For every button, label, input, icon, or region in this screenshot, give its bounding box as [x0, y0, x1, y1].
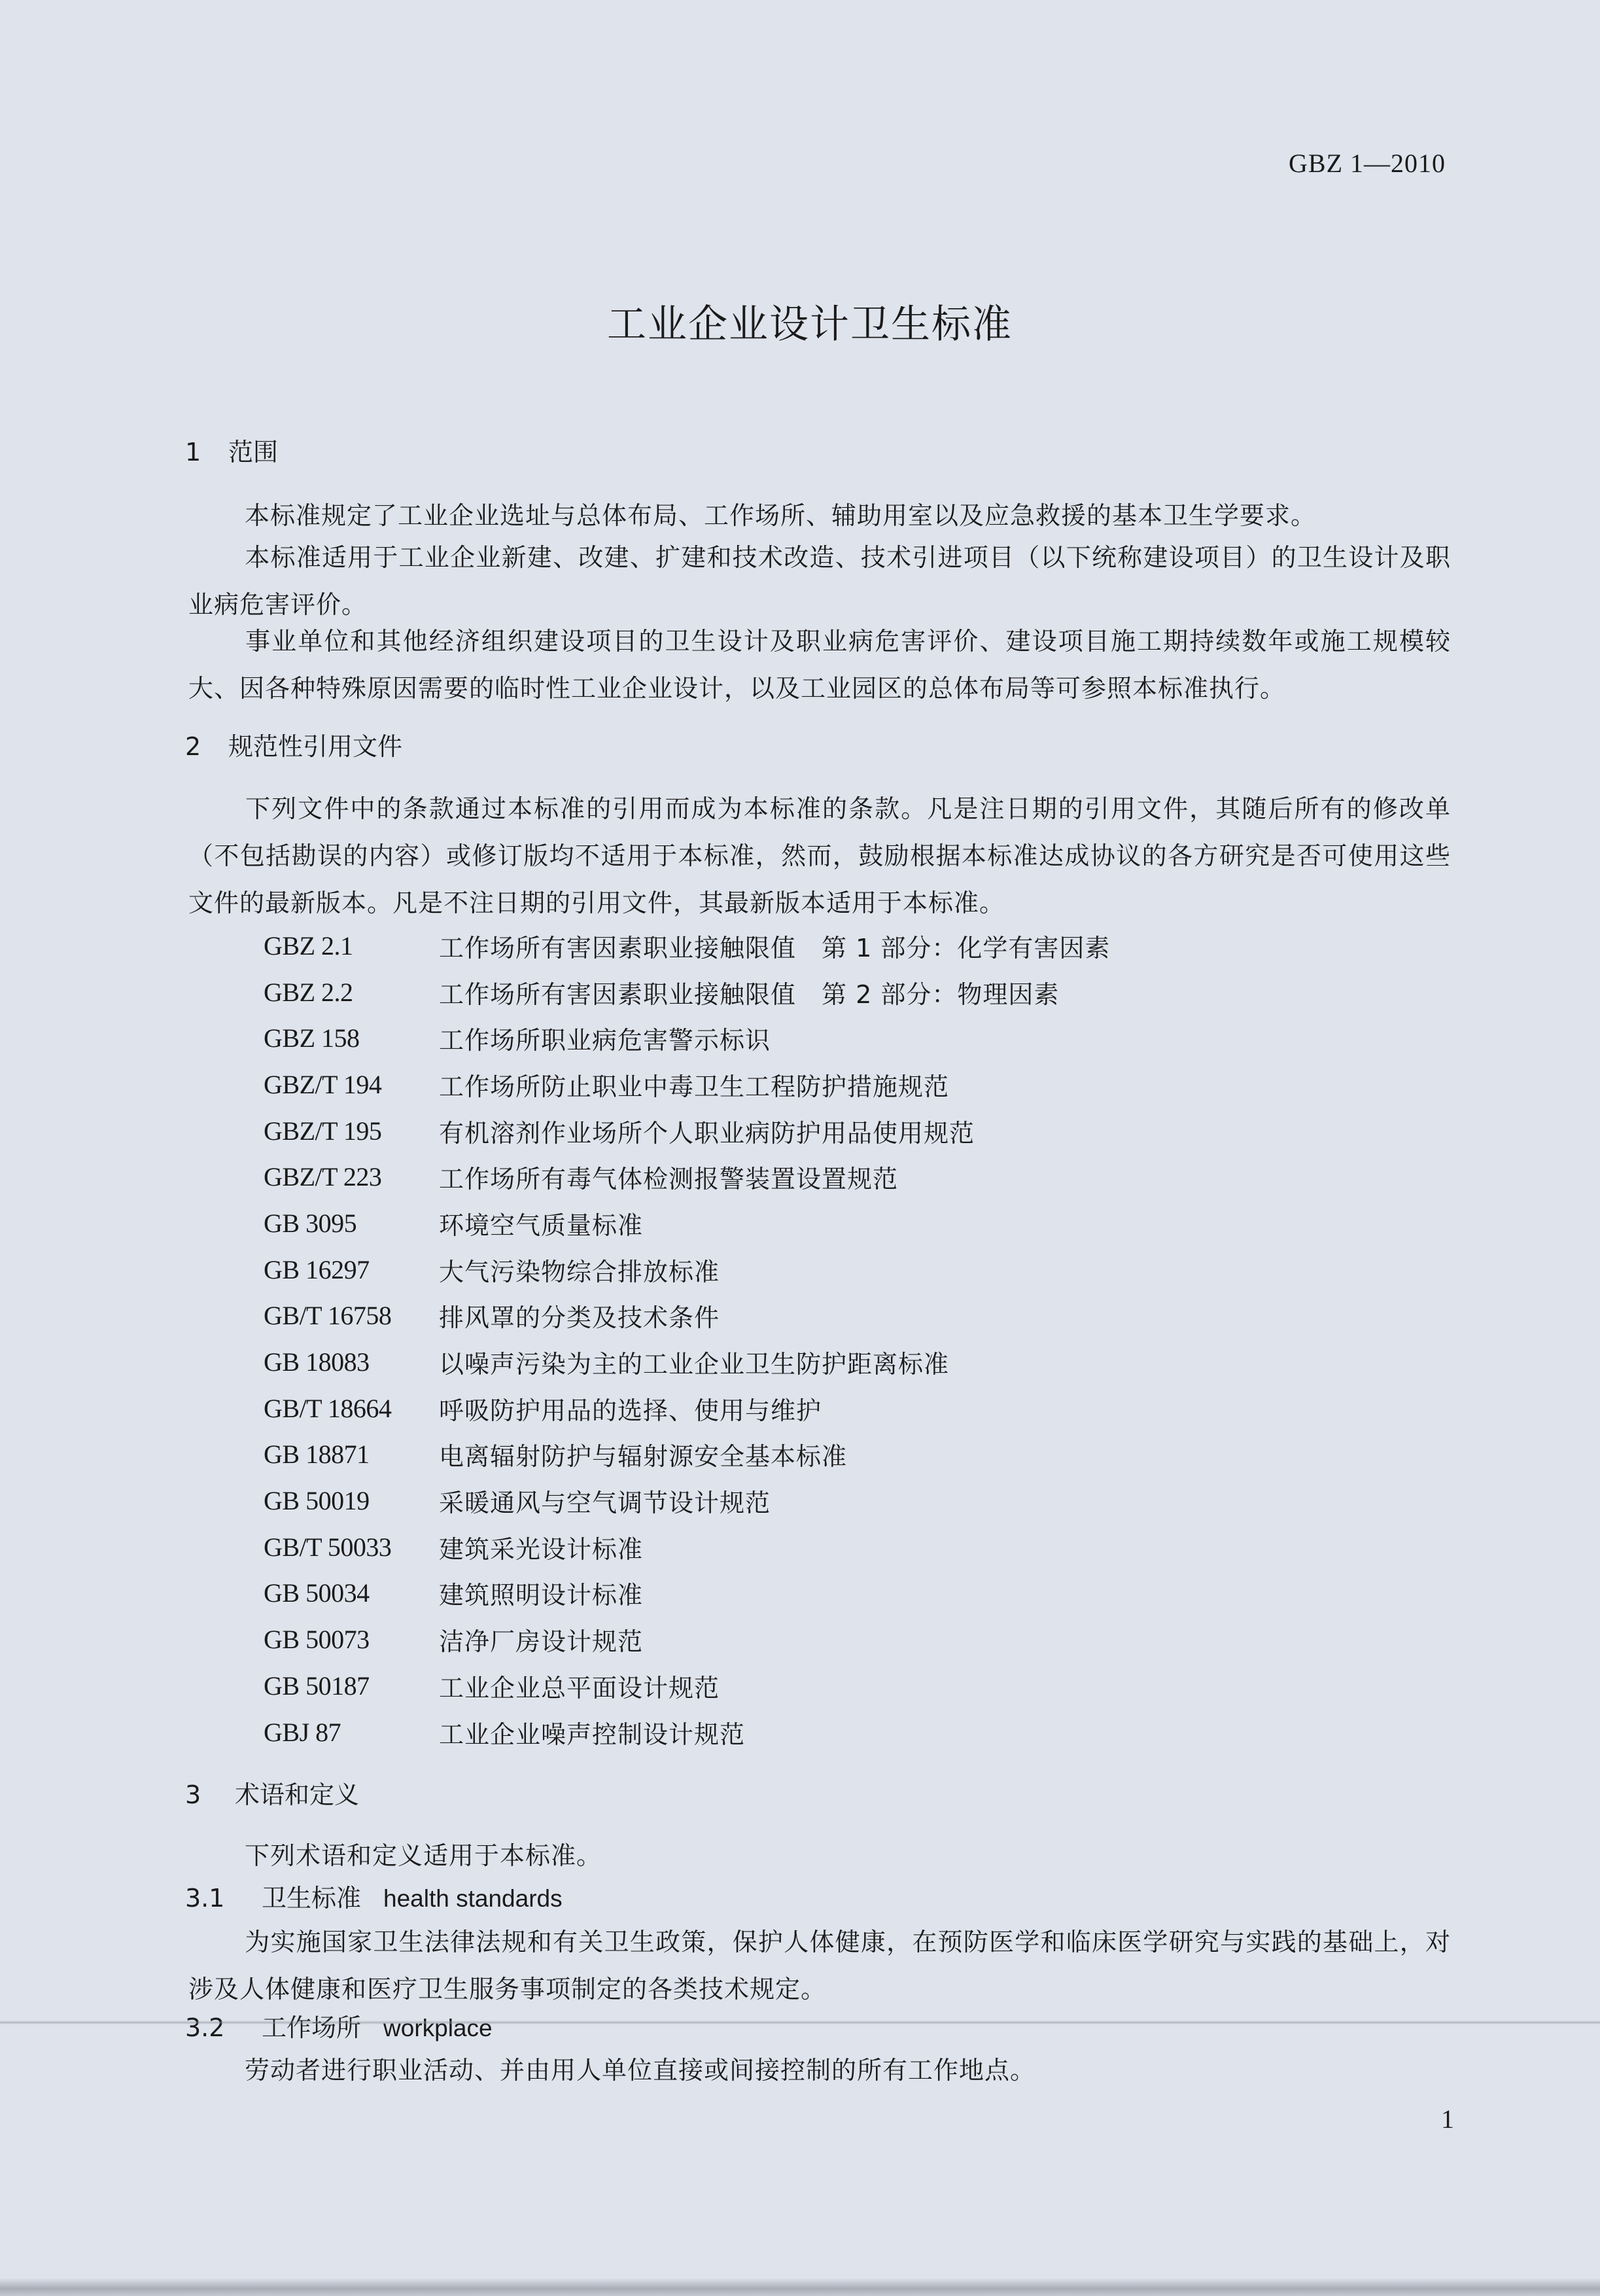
term-number: 3.2	[185, 2013, 262, 2042]
document-page: GBZ 1—2010 工业企业设计卫生标准 1范围 本标准规定了工业企业选址与总…	[0, 0, 1600, 2296]
paragraph: 本标准规定了工业企业选址与总体布局、工作场所、辅助用室以及应急救援的基本卫生学要…	[188, 492, 1451, 539]
reference-item: GBZ 2.1工作场所有害因素职业接触限值 第 1 部分：化学有害因素	[264, 923, 1110, 969]
page-number: 1	[1441, 2104, 1454, 2134]
reference-code: GB/T 50033	[264, 1532, 439, 1563]
reference-item: GB 50034建筑照明设计标准	[264, 1570, 1110, 1617]
reference-title: 建筑照明设计标准	[439, 1575, 643, 1611]
reference-item: GB 16297大气污染物综合排放标准	[264, 1246, 1110, 1293]
reference-title: 建筑采光设计标准	[439, 1529, 643, 1565]
reference-item: GBZ/T 195有机溶剂作业场所个人职业病防护用品使用规范	[264, 1108, 1110, 1154]
section-title: 规范性引用文件	[228, 732, 402, 761]
scan-bottom-edge	[0, 2278, 1600, 2296]
scan-artifact-line	[0, 2021, 1600, 2024]
reference-code: GB 50034	[264, 1578, 439, 1608]
reference-title: 工业企业总平面设计规范	[439, 1668, 720, 1704]
reference-code: GB 50187	[264, 1670, 439, 1701]
reference-title: 工作场所有害因素职业接触限值 第 1 部分：化学有害因素	[439, 928, 1110, 964]
reference-title: 工作场所职业病危害警示标识	[439, 1020, 771, 1056]
reference-item: GB 18083以噪声污染为主的工业企业卫生防护距离标准	[264, 1339, 1110, 1385]
reference-code: GBZ/T 223	[264, 1161, 439, 1192]
term-definition: 劳动者进行职业活动、并由用人单位直接或间接控制的所有工作地点。	[188, 2047, 1451, 2094]
reference-title: 有机溶剂作业场所个人职业病防护用品使用规范	[439, 1113, 975, 1149]
reference-code: GB/T 18664	[264, 1393, 439, 1424]
term-number: 3.1	[185, 1884, 262, 1913]
section-heading-normative-references: 2规范性引用文件	[185, 726, 402, 762]
reference-code: GB 16297	[264, 1254, 439, 1285]
reference-code: GB 50019	[264, 1485, 439, 1516]
reference-code: GBZ/T 195	[264, 1116, 439, 1146]
paragraph: 事业单位和其他经济组织建设项目的卫生设计及职业病危害评价、建设项目施工期持续数年…	[188, 618, 1451, 712]
term-heading: 3.2工作场所workplace	[185, 2007, 493, 2043]
reference-item: GB/T 16758排风罩的分类及技术条件	[264, 1293, 1110, 1339]
reference-title: 工作场所有毒气体检测报警装置设置规范	[439, 1159, 898, 1195]
term-definition: 为实施国家卫生法律法规和有关卫生政策，保护人体健康，在预防医学和临床医学研究与实…	[188, 1918, 1451, 2013]
reference-item: GB/T 50033建筑采光设计标准	[264, 1524, 1110, 1570]
reference-code: GBJ 87	[264, 1717, 439, 1748]
section-title: 范围	[228, 438, 278, 467]
paragraph: 下列文件中的条款通过本标准的引用而成为本标准的条款。凡是注日期的引用文件，其随后…	[188, 785, 1451, 927]
section-number: 2	[185, 732, 228, 761]
reference-title: 工业企业噪声控制设计规范	[439, 1714, 745, 1750]
document-code: GBZ 1—2010	[1289, 148, 1446, 179]
reference-item: GB 50019采暖通风与空气调节设计规范	[264, 1477, 1110, 1524]
reference-item: GB 50187工业企业总平面设计规范	[264, 1663, 1110, 1709]
section-number: 3	[185, 1780, 235, 1809]
reference-code: GB/T 16758	[264, 1300, 439, 1331]
reference-title: 电离辐射防护与辐射源安全基本标准	[439, 1436, 847, 1472]
term-en: health standards	[383, 1885, 563, 1912]
paragraph: 本标准适用于工业企业新建、改建、扩建和技术改造、技术引进项目（以下统称建设项目）…	[188, 534, 1451, 628]
reference-item: GBZ/T 223工作场所有毒气体检测报警装置设置规范	[264, 1154, 1110, 1200]
reference-code: GBZ 158	[264, 1023, 439, 1053]
reference-item: GB 18871电离辐射防护与辐射源安全基本标准	[264, 1432, 1110, 1478]
reference-item: GBZ/T 194工作场所防止职业中毒卫生工程防护措施规范	[264, 1061, 1110, 1108]
reference-list: GBZ 2.1工作场所有害因素职业接触限值 第 1 部分：化学有害因素 GBZ …	[264, 923, 1110, 1755]
reference-code: GBZ/T 194	[264, 1069, 439, 1100]
reference-item: GBZ 2.2工作场所有害因素职业接触限值 第 2 部分：物理因素	[264, 969, 1110, 1016]
reference-title: 环境空气质量标准	[439, 1205, 643, 1241]
reference-title: 以噪声污染为主的工业企业卫生防护距离标准	[439, 1344, 949, 1380]
reference-item: GB 50073洁净厂房设计规范	[264, 1616, 1110, 1663]
reference-code: GBZ 2.1	[264, 930, 439, 961]
reference-code: GB 18083	[264, 1347, 439, 1377]
reference-title: 大气污染物综合排放标准	[439, 1252, 720, 1288]
term-zh: 卫生标准	[262, 1884, 361, 1913]
section-number: 1	[185, 438, 228, 467]
reference-title: 洁净厂房设计规范	[439, 1621, 643, 1657]
term-zh: 工作场所	[262, 2013, 361, 2042]
section-heading-scope: 1范围	[185, 432, 278, 468]
paragraph: 下列术语和定义适用于本标准。	[188, 1832, 1451, 1879]
section-heading-terms: 3术语和定义	[185, 1775, 359, 1810]
document-title: 工业企业设计卫生标准	[0, 293, 1600, 349]
reference-item: GBJ 87工业企业噪声控制设计规范	[264, 1709, 1110, 1756]
reference-code: GBZ 2.2	[264, 977, 439, 1008]
reference-title: 工作场所防止职业中毒卫生工程防护措施规范	[439, 1067, 949, 1103]
term-heading: 3.1卫生标准health standards	[185, 1878, 563, 1914]
reference-code: GB 18871	[264, 1439, 439, 1470]
section-title: 术语和定义	[235, 1780, 359, 1809]
reference-item: GBZ 158工作场所职业病危害警示标识	[264, 1015, 1110, 1061]
reference-title: 采暖通风与空气调节设计规范	[439, 1483, 771, 1519]
term-en: workplace	[383, 2015, 493, 2041]
reference-code: GB 50073	[264, 1624, 439, 1655]
reference-title: 排风罩的分类及技术条件	[439, 1298, 720, 1333]
reference-title: 呼吸防护用品的选择、使用与维护	[439, 1390, 822, 1426]
reference-item: GB/T 18664呼吸防护用品的选择、使用与维护	[264, 1385, 1110, 1432]
reference-item: GB 3095环境空气质量标准	[264, 1200, 1110, 1246]
reference-code: GB 3095	[264, 1208, 439, 1239]
reference-title: 工作场所有害因素职业接触限值 第 2 部分：物理因素	[439, 974, 1059, 1010]
